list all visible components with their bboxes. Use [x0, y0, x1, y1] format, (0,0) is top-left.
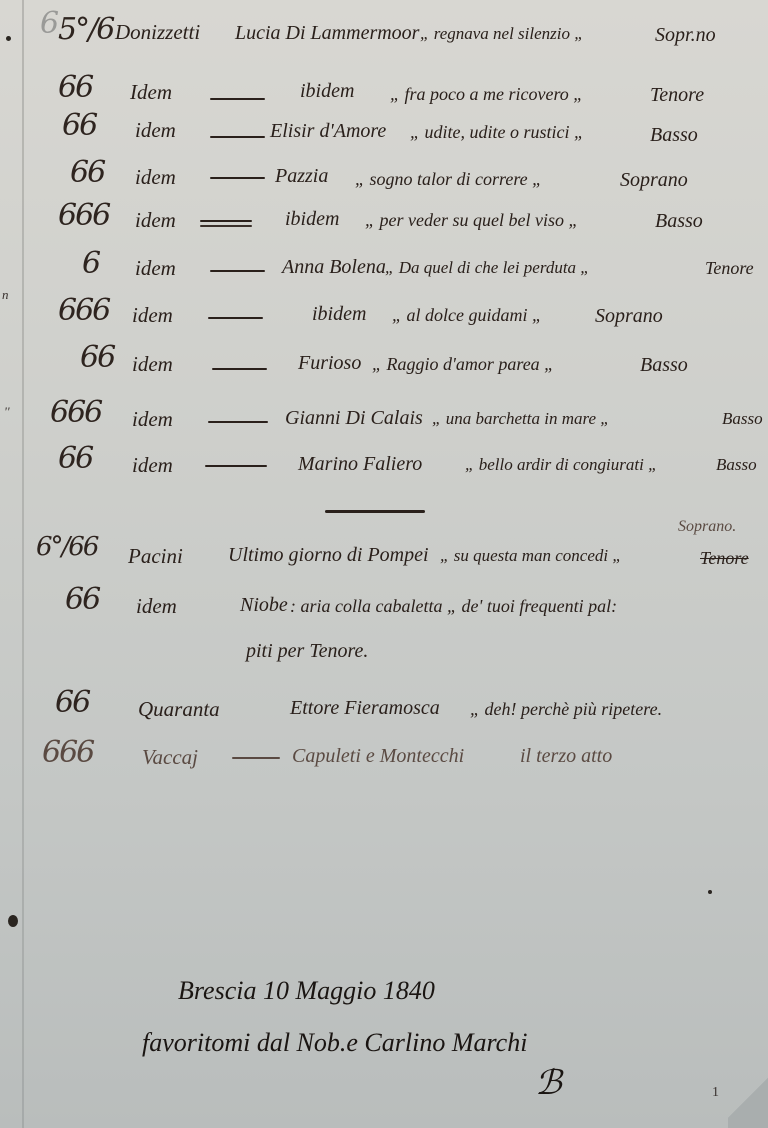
entry-composer: Vaccaj [142, 745, 198, 770]
entry-aria: „ fra poco a me ricovero „ [390, 84, 583, 105]
footer-note: favoritomi dal Nob.e Carlino Marchi [142, 1028, 527, 1058]
entry-row: 66 idem Elisir d'Amore „ udite, udite o … [0, 108, 768, 148]
entry-voice: Tenore [705, 258, 754, 279]
entry-continuation-row: piti per Tenore. [0, 640, 768, 680]
entry-dash [210, 177, 265, 179]
entry-aria: : aria colla cabaletta „ de' tuoi freque… [290, 596, 617, 617]
entry-work: ibidem [300, 80, 354, 103]
entry-number: 66 [62, 108, 96, 143]
entry-double-dash [200, 220, 252, 222]
entry-continuation: piti per Tenore. [246, 640, 368, 663]
entry-work: Marino Faliero [298, 453, 422, 476]
entry-work: Furioso [298, 352, 361, 375]
entry-composer: idem [135, 165, 176, 190]
entry-row: 6 idem Anna Bolena „ Da quel di che lei … [0, 246, 768, 286]
entry-row: 66 Idem ibidem „ fra poco a me ricovero … [0, 70, 768, 110]
entry-dash [210, 98, 265, 100]
entry-dash [212, 368, 267, 370]
entry-composer: idem [132, 407, 173, 432]
entry-row: 6°/66 Pacini Ultimo giorno di Pompei „ s… [0, 532, 768, 572]
signature-flourish: ℬ [535, 1063, 562, 1103]
entry-work: Elisir d'Amore [270, 120, 386, 143]
entry-work: Capuleti e Montecchi [292, 745, 464, 768]
entry-dash [208, 317, 263, 319]
ink-dot [708, 890, 712, 894]
entry-composer: idem [132, 453, 173, 478]
entry-composer: idem [136, 594, 177, 619]
entry-number: 5°/6 [58, 12, 113, 47]
entry-work: Anna Bolena [282, 256, 386, 279]
entry-composer: Quaranta [138, 697, 220, 722]
entry-row: 66 idem Pazzia „ sogno talor di correre … [0, 155, 768, 195]
entry-work: Lucia Di Lammermoor [235, 22, 419, 45]
entry-dash [210, 136, 265, 138]
entry-work: ibidem [312, 303, 366, 326]
paper-corner [728, 1068, 768, 1128]
entry-row: 66 idem Marino Faliero „ bello ardir di … [0, 441, 768, 481]
entry-work: Niobe [240, 594, 288, 617]
entry-composer: idem [132, 303, 173, 328]
entry-aria: „ su questa man concedi „ [440, 546, 622, 566]
entry-number: 66 [80, 340, 114, 375]
entry-voice-struck: Tenore [700, 548, 749, 569]
entry-voice: Tenore [650, 84, 704, 107]
entry-voice: Soprano [595, 305, 663, 328]
entry-number: 66 [58, 441, 92, 476]
entry-composer: Idem [130, 80, 172, 105]
entry-work: Gianni Di Calais [285, 407, 423, 430]
entry-voice-correction: Soprano. [678, 518, 736, 536]
footer-place-date: Brescia 10 Maggio 1840 [178, 976, 435, 1006]
ink-blot [8, 915, 18, 927]
entry-voice: Basso [655, 210, 703, 233]
page-mark: 1 [712, 1085, 719, 1101]
entry-dash [210, 270, 265, 272]
entry-voice: Soprano [620, 169, 688, 192]
entry-composer: idem [135, 118, 176, 143]
entry-aria: „ sogno talor di correre „ [355, 169, 542, 190]
entry-composer: Donizzetti [115, 20, 200, 45]
entry-aria: „ Da quel di che lei perduta „ [385, 258, 590, 278]
entry-aria: „ bello ardir di congiurati „ [465, 455, 658, 475]
entry-row: 666 Vaccaj Capuleti e Montecchi il terzo… [0, 735, 768, 775]
entry-aria: „ regnava nel silenzio „ [420, 24, 584, 44]
entry-number: 666 [58, 198, 109, 233]
entry-row: 666 idem Gianni Di Calais „ una barchett… [0, 395, 768, 435]
entry-number: 666 [50, 395, 101, 430]
entry-number: 666 [58, 293, 109, 328]
entry-dash [232, 757, 280, 759]
entry-aria: „ Raggio d'amor parea „ [372, 354, 554, 375]
entry-number: 66 [55, 685, 89, 720]
entry-row: 666 idem ibidem „ per veder su quel bel … [0, 198, 768, 238]
entry-composer: idem [132, 352, 173, 377]
section-divider [325, 510, 425, 513]
entry-work: Ettore Fieramosca [290, 697, 440, 720]
entry-work: Pazzia [275, 165, 328, 188]
entry-row: 66 Quaranta Ettore Fieramosca „ deh! per… [0, 685, 768, 725]
entry-dash [208, 421, 268, 423]
entry-aria: „ deh! perchè più ripetere. [470, 699, 662, 720]
entry-work: ibidem [285, 208, 339, 231]
entry-aria: „ per veder su quel bel viso „ [365, 210, 578, 231]
entry-voice: Basso [722, 409, 763, 429]
entry-number: 666 [42, 735, 93, 770]
entry-number: 66 [70, 155, 104, 190]
entry-work: Ultimo giorno di Pompei [228, 544, 429, 567]
entry-voice: Basso [640, 354, 688, 377]
entry-row: 5°/6 Donizzetti Lucia Di Lammermoor „ re… [0, 12, 768, 52]
entry-composer: idem [135, 208, 176, 233]
entry-aria: „ al dolce guidami „ [392, 305, 542, 326]
entry-row: 66 idem Furioso „ Raggio d'amor parea „ … [0, 340, 768, 380]
entry-number: 66 [65, 582, 99, 617]
entry-aria: il terzo atto [520, 745, 612, 768]
entry-voice: Sopr.no [655, 24, 716, 47]
entry-row: 666 idem ibidem „ al dolce guidami „ Sop… [0, 293, 768, 333]
entry-aria: „ una barchetta in mare „ [432, 409, 610, 429]
entry-aria: „ udite, udite o rustici „ [410, 122, 584, 143]
entry-dash [205, 465, 267, 467]
entry-voice: Basso [716, 455, 757, 475]
entry-composer: Pacini [128, 544, 183, 569]
entry-number: 6 [82, 246, 99, 281]
entry-row: 66 idem Niobe : aria colla cabaletta „ d… [0, 582, 768, 622]
entry-composer: idem [135, 256, 176, 281]
entry-voice: Basso [650, 124, 698, 147]
entry-number: 66 [58, 70, 92, 105]
entry-number: 6°/66 [36, 532, 97, 562]
